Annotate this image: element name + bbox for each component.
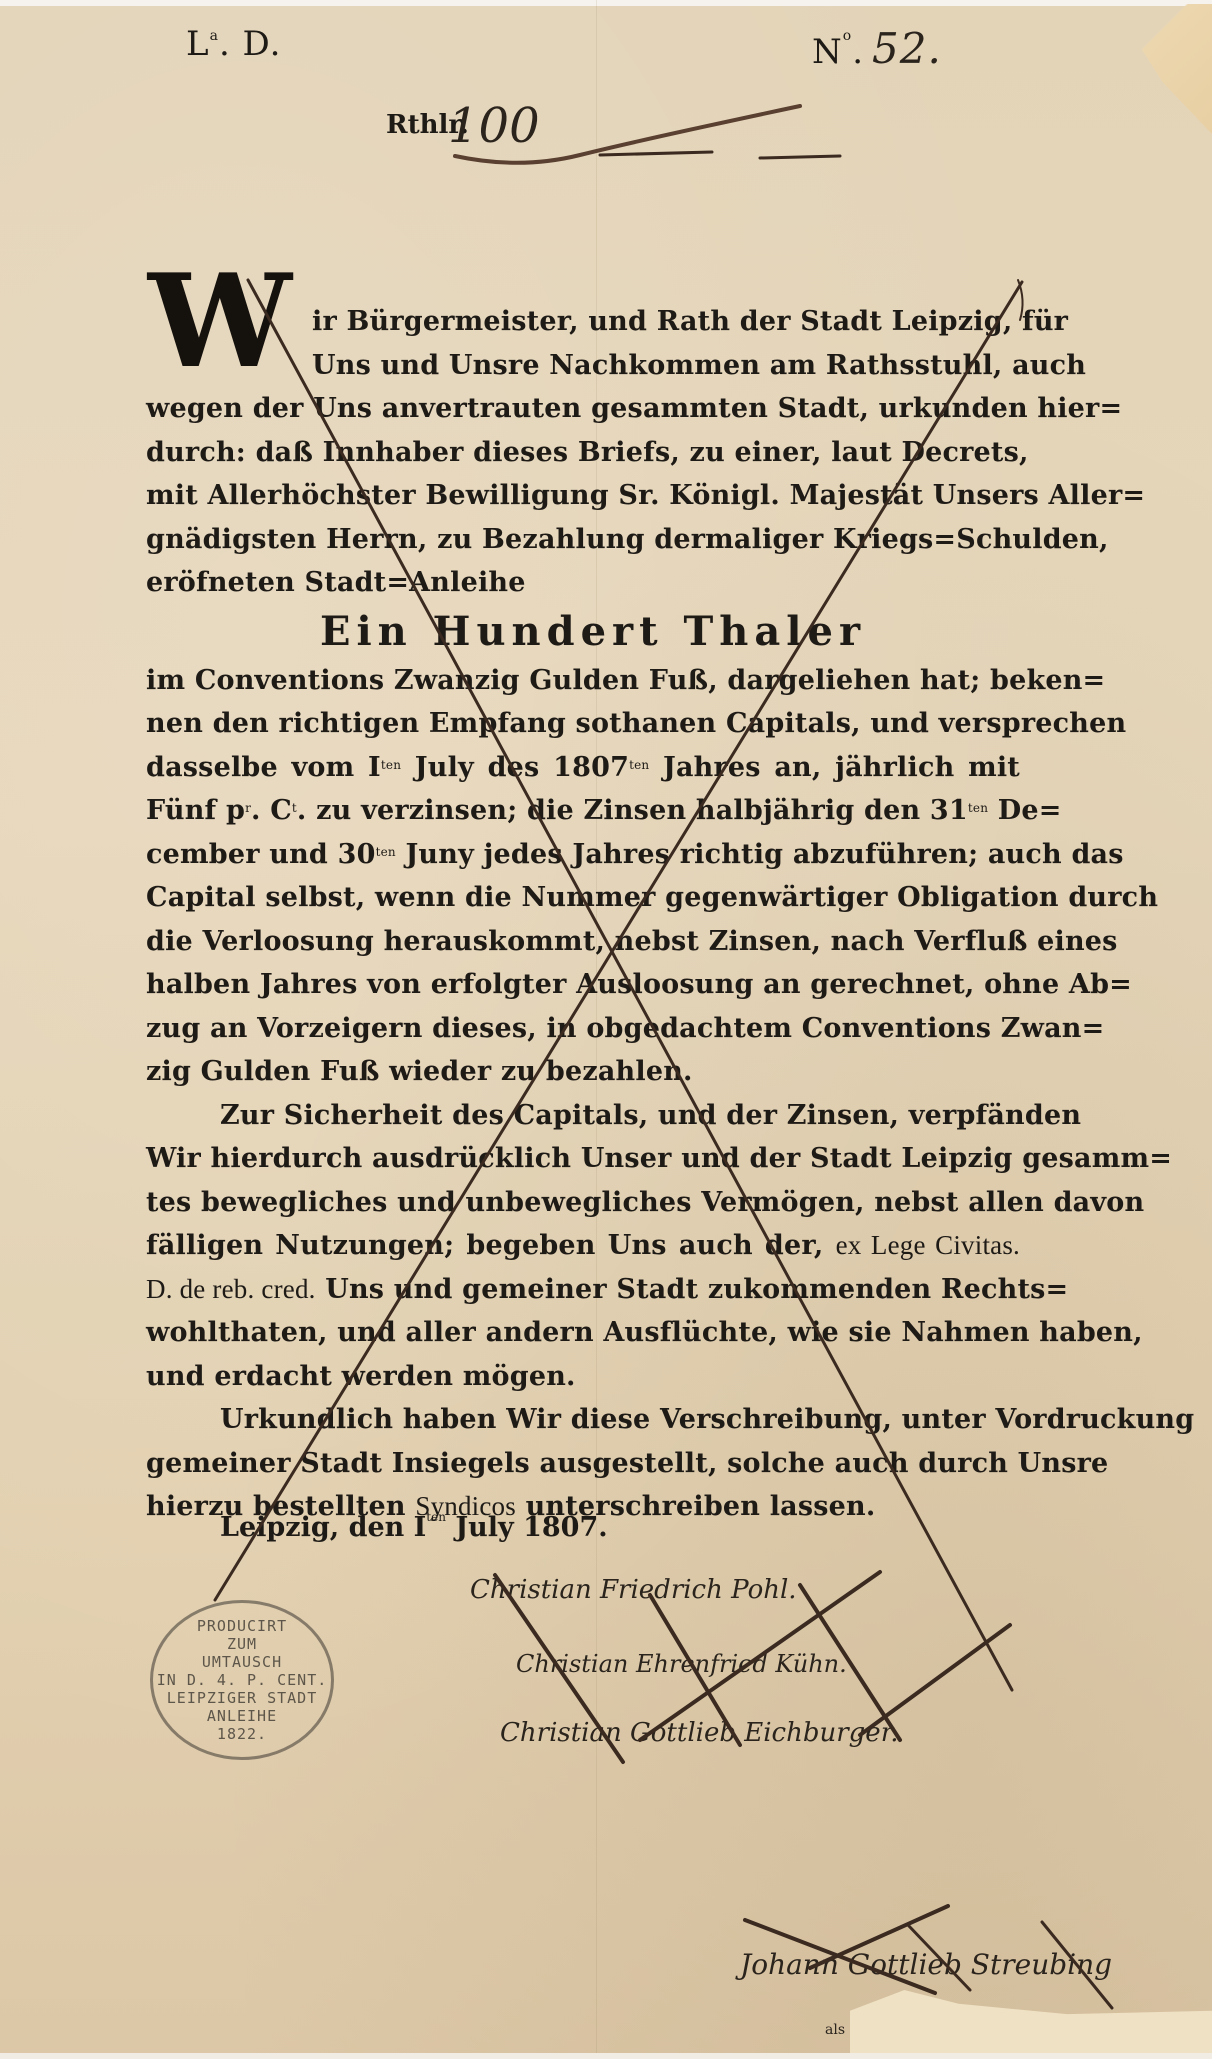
text: . C — [251, 795, 292, 826]
text: dasselbe vom I — [146, 752, 381, 783]
bond-body: ir Bürgermeister, und Rath der Stadt Lei… — [146, 300, 1020, 1529]
body-line: mit Allerhöchster Bewilligung Sr. Königl… — [146, 474, 1020, 518]
text: cember und 30 — [146, 839, 376, 870]
stamp-line: 1822. — [153, 1725, 331, 1743]
exchange-stamp: PRODUCIRT ZUM UMTAUSCH IN D. 4. P. CENT.… — [150, 1600, 334, 1760]
text: Leipzig, den I — [220, 1512, 426, 1543]
signature-4: Johann Gottlieb Streubing — [740, 1948, 1112, 1981]
issue-date: Leipzig, den Iten July 1807. — [220, 1512, 608, 1543]
text: De= — [988, 795, 1061, 826]
amount-value: 100 — [448, 98, 540, 154]
bond-number: No.52. — [812, 24, 942, 73]
body-line: cember und 30ten Juny jedes Jahres richt… — [146, 833, 1020, 877]
signature-2: Christian Ehrenfried Kühn. — [516, 1650, 847, 1678]
text: Jahres an, jährlich mit — [649, 752, 1020, 783]
latin-text: D. de reb. cred. — [146, 1274, 316, 1304]
bond-document: La. D. No.52. Rthlr. 100 W ir Bürgermeis… — [0, 0, 1212, 2059]
stamp-line: IN D. 4. P. CENT. — [153, 1671, 331, 1689]
number-label: N — [812, 32, 843, 72]
body-line: wohlthaten, und aller andern Ausflüchte,… — [146, 1311, 1020, 1355]
body-line: zig Gulden Fuß wieder zu bezahlen. — [146, 1050, 1020, 1094]
number-value: 52. — [872, 24, 942, 73]
stamp-line: ANLEIHE — [153, 1707, 331, 1725]
body-line: im Conventions Zwanzig Gulden Fuß, darge… — [146, 659, 1020, 703]
body-line: nen den richtigen Empfang sothanen Capit… — [146, 702, 1020, 746]
body-line: eröfneten Stadt=Anleihe — [146, 561, 1020, 605]
text: Fünf p — [146, 795, 245, 826]
series-suffix: . D. — [219, 24, 281, 64]
body-line: fälligen Nutzungen; begeben Uns auch der… — [146, 1224, 1020, 1268]
body-line: Uns und Unsre Nachkommen am Rathsstuhl, … — [146, 344, 1020, 388]
body-line: durch: daß Innhaber dieses Briefs, zu ei… — [146, 431, 1020, 475]
sup: t — [292, 801, 297, 815]
stamp-line: PRODUCIRT — [153, 1617, 331, 1635]
body-line: gnädigsten Herrn, zu Bezahlung dermalige… — [146, 518, 1020, 562]
body-line: Zur Sicherheit des Capitals, und der Zin… — [146, 1094, 1020, 1138]
stamp-line: ZUM — [153, 1635, 331, 1653]
series-prefix: L — [186, 24, 210, 64]
sup: ten — [629, 758, 649, 772]
body-line: dasselbe vom Iten July des 1807ten Jahre… — [146, 746, 1020, 790]
body-line: Urkundlich haben Wir diese Verschreibung… — [146, 1398, 1020, 1442]
latin-text: ex Lege Civitas. — [836, 1230, 1020, 1260]
amount-heading: Ein Hundert Thaler — [146, 605, 1020, 659]
sup: ten — [376, 845, 396, 859]
body-line: Capital selbst, wenn die Nummer gegenwär… — [146, 876, 1020, 920]
torn-corner — [1102, 4, 1212, 134]
signature-1: Christian Friedrich Pohl. — [470, 1575, 797, 1605]
stamp-line: LEIPZIGER STADT — [153, 1689, 331, 1707]
number-dot: . — [852, 32, 864, 72]
body-line: und erdacht werden mögen. — [146, 1355, 1020, 1399]
text: July 1807. — [446, 1512, 608, 1543]
text: Uns und gemeiner Stadt zukommenden Recht… — [316, 1274, 1069, 1305]
scan-border-bottom — [0, 2053, 1212, 2059]
text: . zu verzinsen; die Zinsen halbjährig de… — [297, 795, 968, 826]
body-line: die Verloosung herauskommt, nebst Zinsen… — [146, 920, 1020, 964]
body-line: D. de reb. cred. Uns und gemeiner Stadt … — [146, 1268, 1020, 1312]
body-line: tes bewegliches und unbewegliches Vermög… — [146, 1181, 1020, 1225]
body-line: Wir hierdurch ausdrücklich Unser und der… — [146, 1137, 1020, 1181]
body-line: ir Bürgermeister, und Rath der Stadt Lei… — [146, 300, 1020, 344]
number-sup: o — [843, 28, 852, 44]
body-line: Fünf pr. Ct. zu verzinsen; die Zinsen ha… — [146, 789, 1020, 833]
sup: r — [245, 801, 251, 815]
body-line: zug an Vorzeigern dieses, in obgedachtem… — [146, 1007, 1020, 1051]
torn-bottom-edge — [850, 1990, 1212, 2059]
sup: ten — [968, 801, 988, 815]
body-line: wegen der Uns anvertrauten gesammten Sta… — [146, 387, 1020, 431]
stamp-line: UMTAUSCH — [153, 1653, 331, 1671]
text: Juny jedes Jahres richtig abzuführen; au… — [396, 839, 1124, 870]
body-line: halben Jahres von erfolgter Ausloosung a… — [146, 963, 1020, 1007]
body-line: gemeiner Stadt Insiegels ausgestellt, so… — [146, 1442, 1020, 1486]
series-sup: a — [210, 28, 219, 44]
text: July des 1807 — [401, 752, 629, 783]
signature-3: Christian Gottlieb Eichburger. — [500, 1718, 899, 1748]
signature-note: als — [825, 2022, 845, 2038]
series-label: La. D. — [186, 24, 281, 64]
scan-border-top — [0, 0, 1212, 6]
text: fälligen Nutzungen; begeben Uns auch der… — [146, 1230, 836, 1261]
sup: ten — [381, 758, 401, 772]
sup: ten — [426, 1510, 446, 1524]
